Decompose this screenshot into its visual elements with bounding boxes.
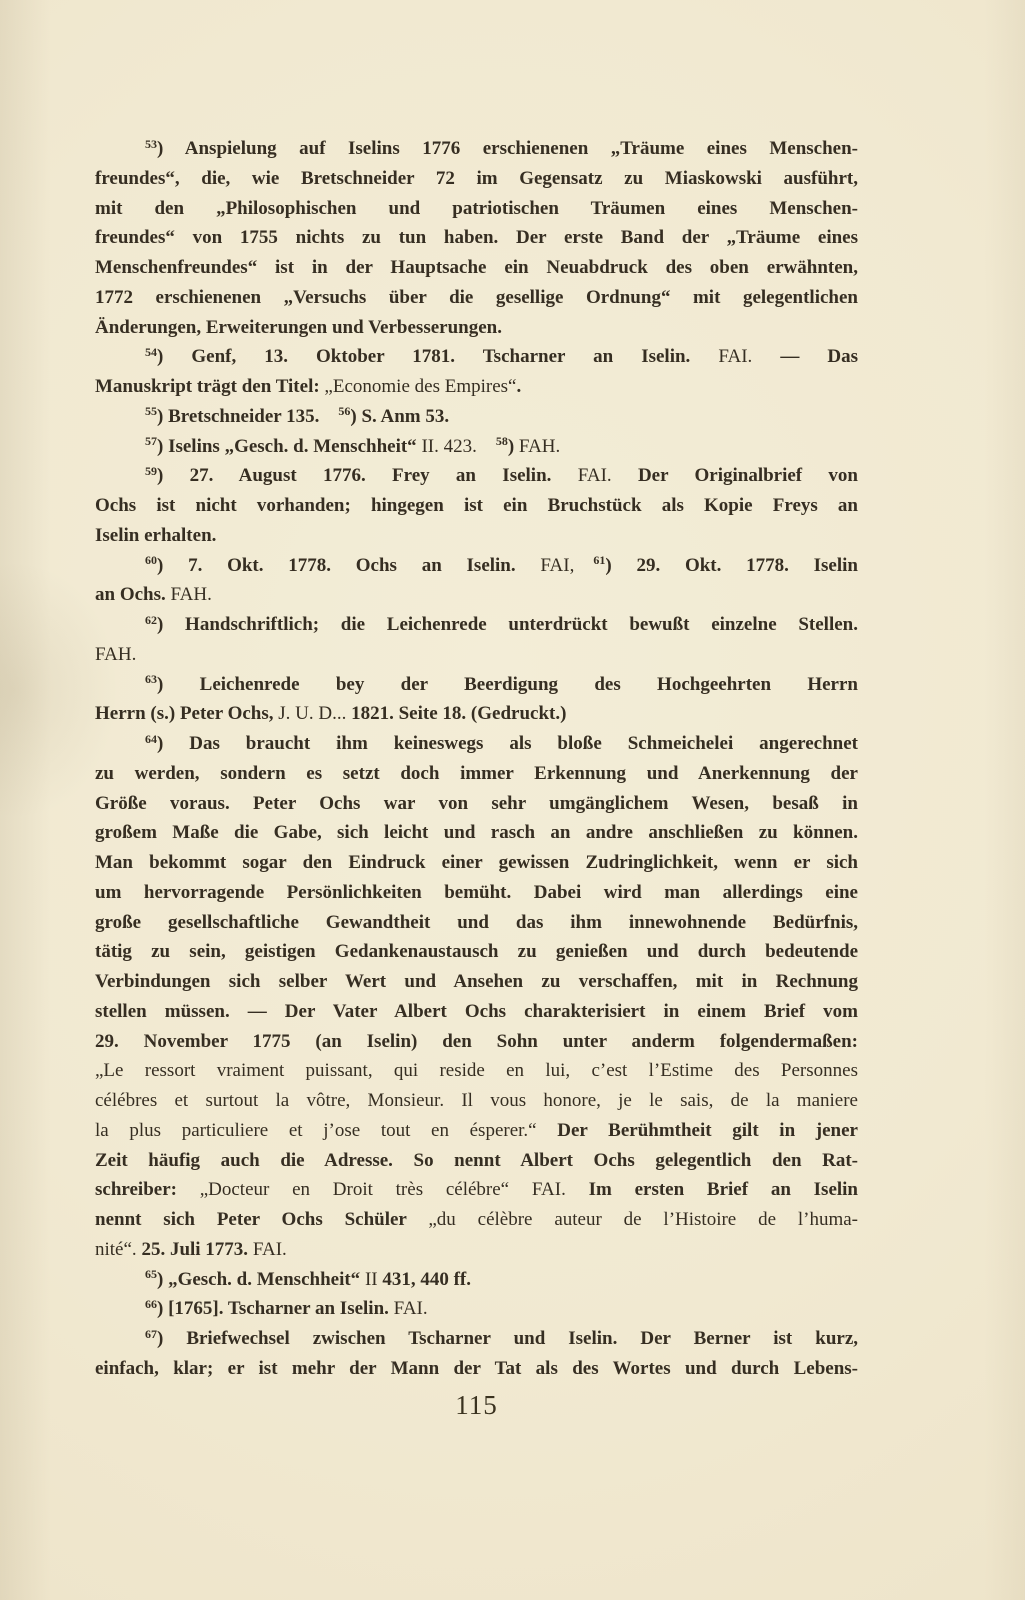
text-segment: Zeit häufig auch die Adresse. So nennt A… bbox=[95, 1150, 858, 1171]
footnote-number: 60 bbox=[145, 553, 157, 567]
book-page: 53) Anspielung auf Iselins 1776 erschien… bbox=[0, 0, 1025, 1600]
text-segment: ) „Gesch. d. Menschheit“ bbox=[157, 1269, 365, 1290]
text-segment: 29. November 1775 (an Iselin) den Sohn u… bbox=[95, 1031, 858, 1052]
text-segment: 1772 erschienenen „Versuchs über die ges… bbox=[95, 287, 858, 308]
text-segment: II. 423. bbox=[421, 436, 476, 457]
text-segment: Iselin erhalten. bbox=[95, 525, 216, 546]
text-line: 59) 27. August 1776. Frey an Iselin. FAI… bbox=[95, 461, 858, 491]
text-line: 57) Iselins „Gesch. d. Menschheit“ II. 4… bbox=[95, 432, 858, 462]
text-line: 1772 erschienenen „Versuchs über die ges… bbox=[95, 283, 858, 313]
text-segment: Der Originalbrief von bbox=[612, 465, 858, 486]
text-segment: FAI. bbox=[578, 465, 612, 486]
text-segment: ) bbox=[508, 436, 519, 457]
text-line: Manuskript trägt den Titel: „Economie de… bbox=[95, 372, 858, 402]
text-segment: ) Genf, 13. Oktober 1781. Tscharner an I… bbox=[157, 346, 718, 367]
text-line: einfach, klar; er ist mehr der Mann der … bbox=[95, 1354, 858, 1384]
text-segment: mit den „Philosophischen und patriotisch… bbox=[95, 198, 858, 219]
text-segment: FAH. bbox=[95, 644, 136, 665]
text-line: Herrn (s.) Peter Ochs, J. U. D... 1821. … bbox=[95, 699, 858, 729]
text-segment: FAI. bbox=[253, 1239, 287, 1260]
text-line: 55) Bretschneider 135. 56) S. Anm 53. bbox=[95, 402, 858, 432]
text-line: freundes“, die, wie Bretschneider 72 im … bbox=[95, 164, 858, 194]
text-segment: Herrn (s.) Peter Ochs, bbox=[95, 703, 278, 724]
text-segment: Manuskript trägt den Titel: bbox=[95, 376, 324, 397]
text-segment: ) Handschriftlich; die Leichenrede unter… bbox=[157, 614, 858, 635]
text-segment: an Ochs. bbox=[95, 584, 171, 605]
text-segment: große gesellschaftliche Gewandtheit und … bbox=[95, 912, 858, 933]
text-segment: ) Das braucht ihm keineswegs als bloße S… bbox=[157, 733, 858, 754]
text-segment bbox=[477, 436, 496, 457]
footnote-number: 54 bbox=[145, 345, 157, 359]
text-segment: nité“. bbox=[95, 1239, 137, 1260]
text-segment: 25. Juli 1773. bbox=[137, 1239, 253, 1260]
text-segment: ) Leichenrede bey der Beerdigung des Hoc… bbox=[157, 674, 858, 695]
footnote-number: 57 bbox=[145, 434, 157, 448]
footnote-number: 56 bbox=[338, 404, 350, 418]
text-line: mit den „Philosophischen und patriotisch… bbox=[95, 194, 858, 224]
footnote-number: 64 bbox=[145, 732, 157, 746]
text-segment: Ochs ist nicht vorhanden; hingegen ist e… bbox=[95, 495, 858, 516]
text-segment: 431, 440 ff. bbox=[378, 1269, 471, 1290]
footnote-number: 63 bbox=[145, 672, 157, 686]
text-segment: „du célèbre auteur de l’Histoire de l’hu… bbox=[428, 1209, 858, 1230]
text-segment: . bbox=[516, 376, 521, 397]
text-segment: ) S. Anm 53. bbox=[350, 406, 449, 427]
text-line: célébres et surtout la vôtre, Monsieur. … bbox=[95, 1086, 858, 1116]
text-line: Verbindungen sich selber Wert und Ansehe… bbox=[95, 967, 858, 997]
text-line: 63) Leichenrede bey der Beerdigung des H… bbox=[95, 670, 858, 700]
text-segment: ) Anspielung auf Iselins 1776 erschienen… bbox=[157, 138, 858, 159]
text-segment: ) 27. August 1776. Frey an Iselin. bbox=[157, 465, 578, 486]
text-segment: „Docteur en Droit très célébre“ FAI. bbox=[200, 1179, 566, 1200]
text-segment: ) [1765]. Tscharner an Iselin. bbox=[157, 1298, 394, 1319]
footnote-number: 55 bbox=[145, 404, 157, 418]
footnote-number: 59 bbox=[145, 464, 157, 478]
text-segment: großem Maße die Gabe, sich leicht und ra… bbox=[95, 822, 858, 843]
text-segment: FAH. bbox=[519, 436, 560, 457]
text-segment: „Le ressort vraiment puissant, qui resid… bbox=[95, 1060, 858, 1081]
text-line: 62) Handschriftlich; die Leichenrede unt… bbox=[95, 610, 858, 640]
text-line: 60) 7. Okt. 1778. Ochs an Iselin. FAI, 6… bbox=[95, 551, 858, 581]
text-segment: Größe voraus. Peter Ochs war von sehr um… bbox=[95, 793, 858, 814]
footnote-number: 61 bbox=[593, 553, 605, 567]
text-line: 65) „Gesch. d. Menschheit“ II 431, 440 f… bbox=[95, 1265, 858, 1295]
text-segment: ) 7. Okt. 1778. Ochs an Iselin. bbox=[157, 555, 540, 576]
text-segment: FAI. bbox=[394, 1298, 428, 1319]
text-segment: — Das bbox=[752, 346, 858, 367]
text-line: Menschenfreundes“ ist in der Hauptsache … bbox=[95, 253, 858, 283]
text-segment: nennt sich Peter Ochs Schüler bbox=[95, 1209, 428, 1230]
text-segment: freundes“, die, wie Bretschneider 72 im … bbox=[95, 168, 858, 189]
text-line: nennt sich Peter Ochs Schüler „du célèbr… bbox=[95, 1205, 858, 1235]
text-line: freundes“ von 1755 nichts zu tun haben. … bbox=[95, 223, 858, 253]
text-line: um hervorragende Persönlichkeiten bemüht… bbox=[95, 878, 858, 908]
text-segment: II bbox=[365, 1269, 378, 1290]
text-segment: la plus particuliere et j’ose tout en és… bbox=[95, 1120, 537, 1141]
footnote-number: 58 bbox=[496, 434, 508, 448]
text-segment: Verbindungen sich selber Wert und Ansehe… bbox=[95, 971, 858, 992]
text-line: nité“. 25. Juli 1773. FAI. bbox=[95, 1235, 858, 1265]
text-segment: Im ersten Brief an Iselin bbox=[566, 1179, 858, 1200]
text-segment: zu werden, sondern es setzt doch immer E… bbox=[95, 763, 858, 784]
text-segment: Der Berühmtheit gilt in jener bbox=[537, 1120, 858, 1141]
text-line: Änderungen, Erweiterungen und Verbesseru… bbox=[95, 313, 858, 343]
text-segment: tätig zu sein, geistigen Gedankenaustaus… bbox=[95, 941, 858, 962]
text-line: 66) [1765]. Tscharner an Iselin. FAI. bbox=[95, 1294, 858, 1324]
text-segment: Änderungen, Erweiterungen und Verbesseru… bbox=[95, 317, 502, 338]
text-segment: einfach, klar; er ist mehr der Mann der … bbox=[95, 1358, 858, 1379]
text-line: FAH. bbox=[95, 640, 858, 670]
text-line: Man bekommt sogar den Eindruck einer gew… bbox=[95, 848, 858, 878]
text-segment: ) Bretschneider 135. bbox=[157, 406, 338, 427]
text-segment: stellen müssen. — Der Vater Albert Ochs … bbox=[95, 1001, 858, 1022]
text-line: 53) Anspielung auf Iselins 1776 erschien… bbox=[95, 134, 858, 164]
footnote-number: 66 bbox=[145, 1297, 157, 1311]
text-line: stellen müssen. — Der Vater Albert Ochs … bbox=[95, 997, 858, 1027]
text-segment: „Economie des Empires“ bbox=[324, 376, 516, 397]
text-segment bbox=[574, 555, 593, 576]
footnotes-block: 53) Anspielung auf Iselins 1776 erschien… bbox=[95, 134, 858, 1384]
text-line: Ochs ist nicht vorhanden; hingegen ist e… bbox=[95, 491, 858, 521]
text-line: Größe voraus. Peter Ochs war von sehr um… bbox=[95, 789, 858, 819]
text-line: „Le ressort vraiment puissant, qui resid… bbox=[95, 1056, 858, 1086]
text-line: große gesellschaftliche Gewandtheit und … bbox=[95, 908, 858, 938]
footnote-number: 65 bbox=[145, 1267, 157, 1281]
text-line: zu werden, sondern es setzt doch immer E… bbox=[95, 759, 858, 789]
text-segment: FAI, bbox=[540, 555, 574, 576]
text-segment: J. U. D... bbox=[278, 703, 346, 724]
text-segment: FAI. bbox=[718, 346, 752, 367]
text-segment: ) Iselins „Gesch. d. Menschheit“ bbox=[157, 436, 421, 457]
text-line: 54) Genf, 13. Oktober 1781. Tscharner an… bbox=[95, 342, 858, 372]
text-segment: ) Briefwechsel zwischen Tscharner und Is… bbox=[157, 1328, 858, 1349]
page-number: 115 bbox=[95, 1390, 858, 1421]
text-line: tätig zu sein, geistigen Gedankenaustaus… bbox=[95, 937, 858, 967]
text-line: 64) Das braucht ihm keineswegs als bloße… bbox=[95, 729, 858, 759]
text-segment: Man bekommt sogar den Eindruck einer gew… bbox=[95, 852, 858, 873]
text-line: 29. November 1775 (an Iselin) den Sohn u… bbox=[95, 1027, 858, 1057]
text-line: Iselin erhalten. bbox=[95, 521, 858, 551]
text-segment: FAH. bbox=[171, 584, 212, 605]
text-segment: Menschenfreundes“ ist in der Hauptsache … bbox=[95, 257, 858, 278]
text-segment: célébres et surtout la vôtre, Monsieur. … bbox=[95, 1090, 858, 1111]
text-line: großem Maße die Gabe, sich leicht und ra… bbox=[95, 818, 858, 848]
text-line: schreiber: „Docteur en Droit très célébr… bbox=[95, 1175, 858, 1205]
text-segment: ) 29. Okt. 1778. Iselin bbox=[605, 555, 858, 576]
footnote-number: 67 bbox=[145, 1327, 157, 1341]
text-segment: 1821. Seite 18. (Gedruckt.) bbox=[346, 703, 566, 724]
text-segment: schreiber: bbox=[95, 1179, 200, 1200]
text-line: 67) Briefwechsel zwischen Tscharner und … bbox=[95, 1324, 858, 1354]
text-segment: freundes“ von 1755 nichts zu tun haben. … bbox=[95, 227, 858, 248]
text-segment: um hervorragende Persönlichkeiten bemüht… bbox=[95, 882, 858, 903]
text-line: an Ochs. FAH. bbox=[95, 580, 858, 610]
text-line: Zeit häufig auch die Adresse. So nennt A… bbox=[95, 1146, 858, 1176]
footnote-number: 53 bbox=[145, 137, 157, 151]
text-line: la plus particuliere et j’ose tout en és… bbox=[95, 1116, 858, 1146]
footnote-number: 62 bbox=[145, 613, 157, 627]
